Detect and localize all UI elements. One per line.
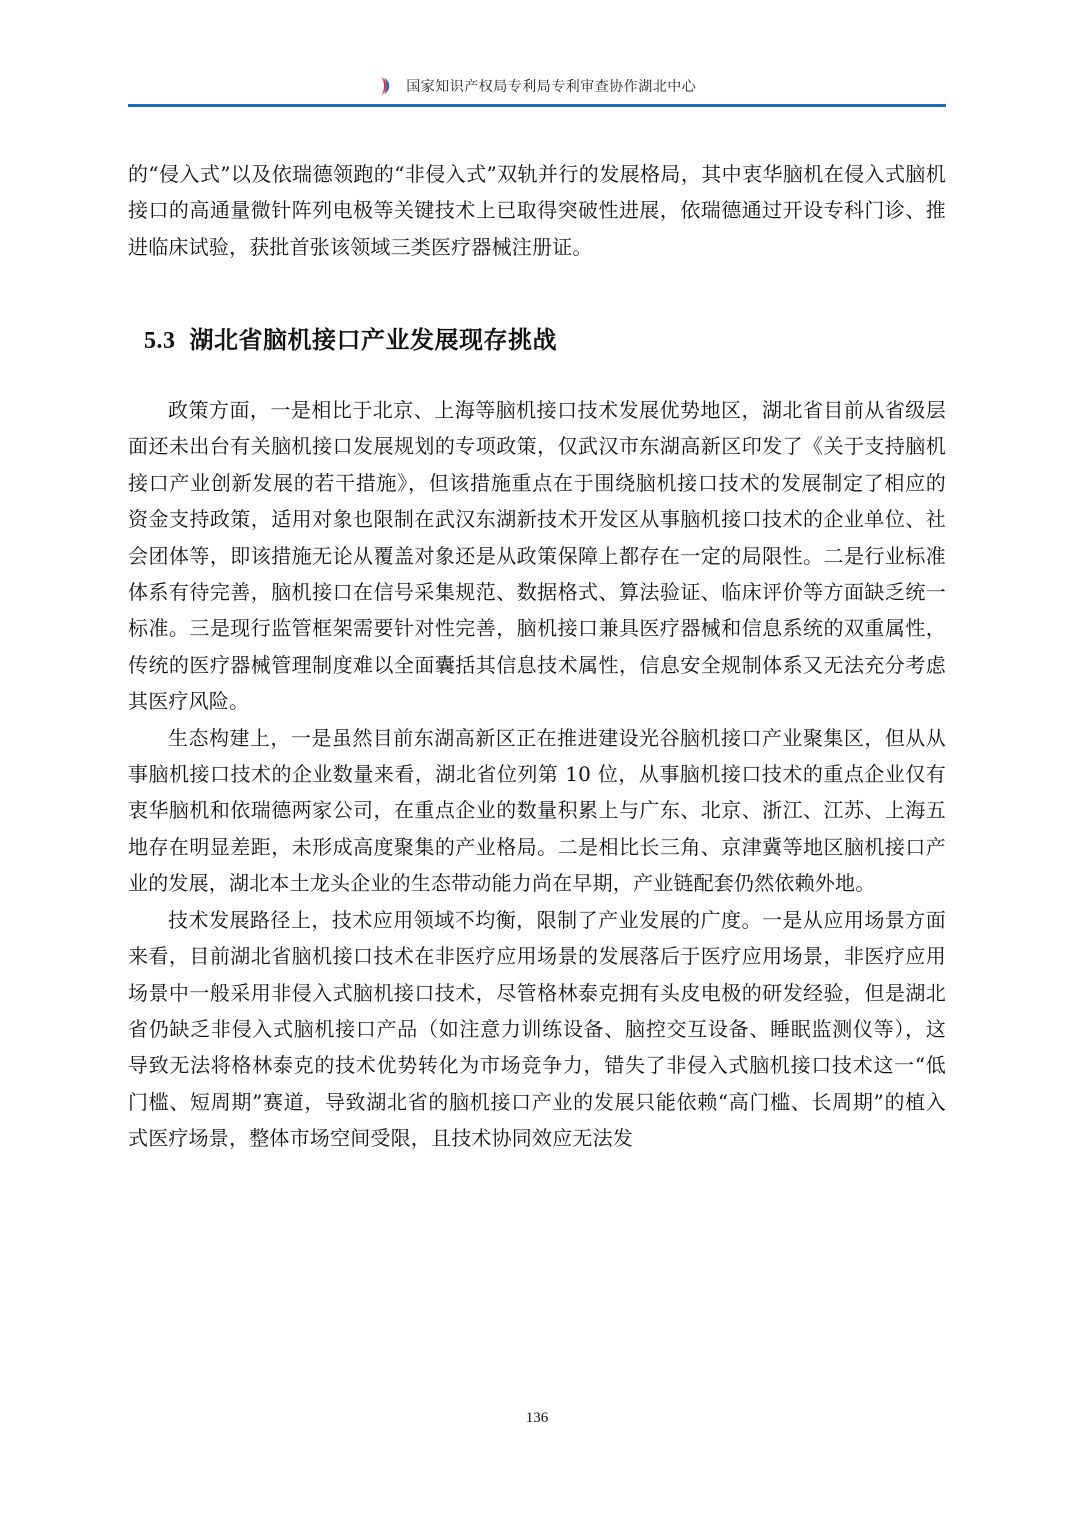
section-body: 政策方面，一是相比于北京、上海等脑机接口技术发展优势地区，湖北省目前从省级层面还…	[128, 392, 946, 1157]
paragraph-ecosystem: 生态构建上，一是虽然目前东湖高新区正在推进建设光谷脑机接口产业聚集区，但从从事脑…	[128, 720, 946, 902]
section-title: 湖北省脑机接口产业发展现存挑战	[190, 326, 558, 354]
header-divider	[128, 104, 946, 107]
intro-text: 的“侵入式”以及依瑞德领跑的“非侵入式”双轨并行的发展格局，其中衷华脑机在侵入式…	[128, 156, 946, 265]
paragraph-policy: 政策方面，一是相比于北京、上海等脑机接口技术发展优势地区，湖北省目前从省级层面还…	[128, 392, 946, 720]
section-number: 5.3	[144, 328, 176, 354]
paragraph-technology: 技术发展路径上，技术应用领域不均衡，限制了产业发展的广度。一是从应用场景方面来看…	[128, 902, 946, 1157]
header-title: 国家知识产权局专利局专利审查协作湖北中心	[406, 79, 696, 95]
section-heading: 5.3湖北省脑机接口产业发展现存挑战	[144, 320, 557, 355]
intro-paragraph: 的“侵入式”以及依瑞德领跑的“非侵入式”双轨并行的发展格局，其中衷华脑机在侵入式…	[128, 156, 946, 265]
page-header: 国家知识产权局专利局专利审查协作湖北中心	[128, 70, 946, 106]
page-number: 136	[0, 1410, 1074, 1427]
organization-logo-icon	[378, 76, 392, 96]
